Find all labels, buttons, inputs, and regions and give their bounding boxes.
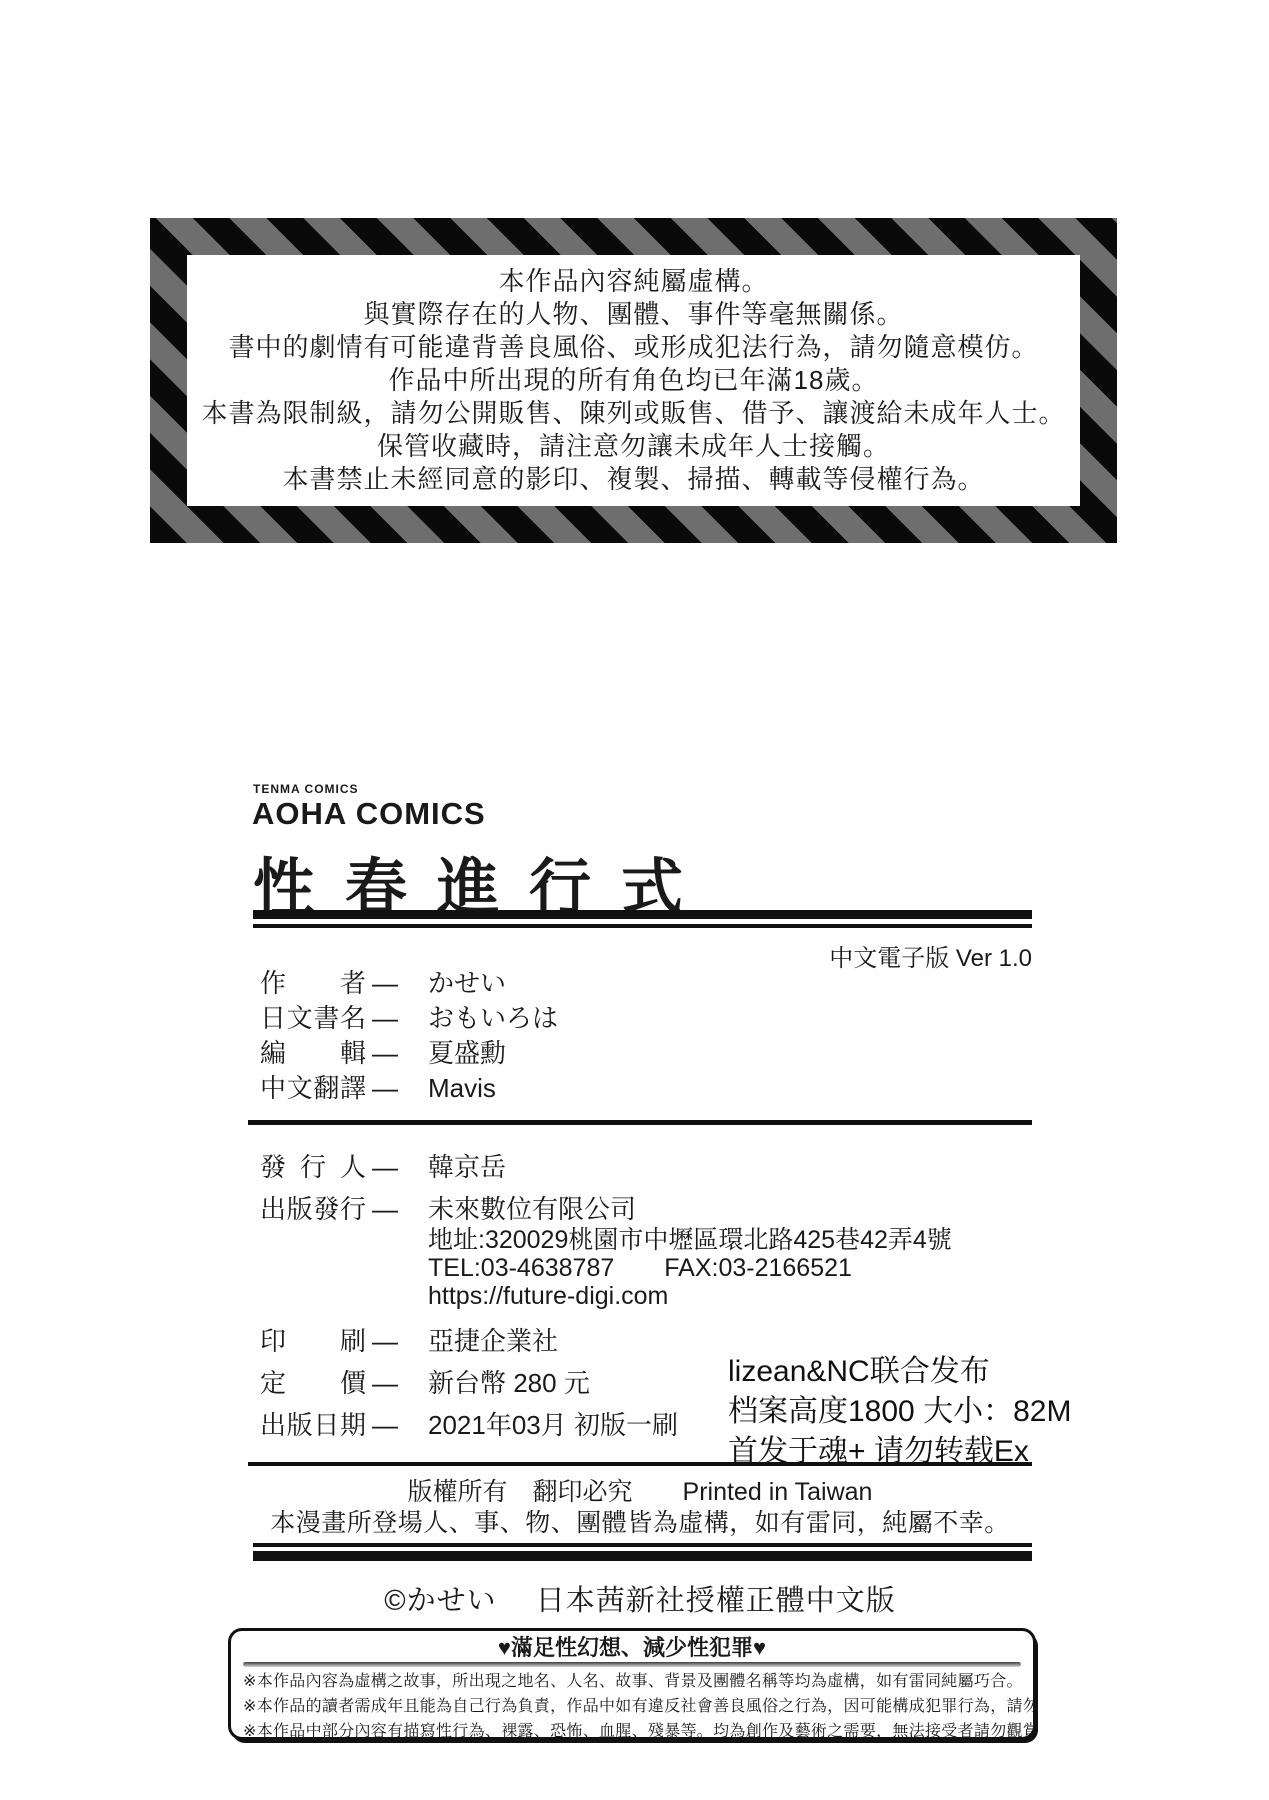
credit-dash: — bbox=[372, 1003, 398, 1033]
double-rule-thin bbox=[253, 1543, 1032, 1547]
credit-label: 中文翻譯 bbox=[260, 1071, 366, 1105]
publisher-logo-large: AOHA COMICS bbox=[252, 796, 486, 832]
colophon-page: 本作品內容純屬虛構。 與實際存在的人物、團體、事件等毫無關係。 書中的劇情有可能… bbox=[0, 0, 1269, 1800]
credit-dash: — bbox=[372, 968, 398, 998]
publisher-address: 地址:320029桃園市中壢區環北路425巷42弄4號 bbox=[428, 1226, 1040, 1254]
credits-section: 作者—かせい 日文書名—おもいろは 編輯—夏盛勳 中文翻譯—Mavis bbox=[260, 966, 1040, 1106]
warning-box-inner: 本作品內容純屬虛構。 與實際存在的人物、團體、事件等毫無關係。 書中的劇情有可能… bbox=[187, 255, 1080, 506]
publishing-label: 發行人 bbox=[260, 1150, 366, 1184]
publishing-value: 亞捷企業社 bbox=[428, 1326, 558, 1356]
warning-line: 本書為限制級，請勿公開販售、陳列或販售、借予、讓渡給未成年人士。 bbox=[201, 397, 1065, 430]
warning-line: 與實際存在的人物、團體、事件等毫無關係。 bbox=[363, 298, 903, 331]
publishing-dash: — bbox=[372, 1368, 398, 1398]
warning-line: 本作品內容純屬虛構。 bbox=[498, 265, 768, 298]
credit-label: 作者 bbox=[260, 966, 366, 1000]
credit-label: 日文書名 bbox=[260, 1001, 366, 1035]
watermark-line: 档案高度1800 大小：82M bbox=[728, 1392, 1198, 1432]
notice-line: ※本作品的讀者需成年且能為自己行為負責，作品中如有違反社會善良風俗之行為，因可能… bbox=[243, 1694, 1021, 1719]
credit-row: 日文書名—おもいろは bbox=[260, 1001, 1040, 1035]
credit-dash: — bbox=[372, 1073, 398, 1103]
credit-value: おもいろは bbox=[428, 1003, 558, 1033]
publisher-tel-fax: TEL:03-4638787 FAX:03-2166521 bbox=[428, 1254, 1040, 1282]
section-divider bbox=[248, 1120, 1032, 1125]
warning-line: 作品中所出現的所有角色均已年滿18歲。 bbox=[389, 364, 879, 397]
credit-label: 編輯 bbox=[260, 1036, 366, 1070]
credit-value: 夏盛勳 bbox=[428, 1038, 506, 1068]
publishing-value: 未來數位有限公司 bbox=[428, 1194, 636, 1224]
publishing-label: 印刷 bbox=[260, 1324, 366, 1358]
publisher-details: 地址:320029桃園市中壢區環北路425巷42弄4號 TEL:03-46387… bbox=[428, 1226, 1040, 1310]
warning-line: 保管收藏時，請注意勿讓未成年人士接觸。 bbox=[377, 430, 890, 463]
publisher-logo-small: TENMA COMICS bbox=[253, 782, 359, 796]
publishing-dash: — bbox=[372, 1152, 398, 1182]
warning-box: 本作品內容純屬虛構。 與實際存在的人物、團體、事件等毫無關係。 書中的劇情有可能… bbox=[150, 218, 1117, 543]
publishing-label: 定價 bbox=[260, 1366, 366, 1400]
title-underline-thick bbox=[253, 910, 1032, 919]
notice-divider bbox=[243, 1662, 1021, 1667]
notice-box: ♥滿足性幻想、減少性犯罪♥ ※本作品內容為虛構之故事，所出現之地名、人名、故事、… bbox=[228, 1628, 1036, 1740]
warning-line: 本書禁止未經同意的影印、複製、掃描、轉載等侵權行為。 bbox=[282, 463, 984, 496]
warning-line: 書中的劇情有可能違背善良風俗、或形成犯法行為，請勿隨意模仿。 bbox=[228, 331, 1038, 364]
publishing-dash: — bbox=[372, 1410, 398, 1440]
publisher-url: https://future-digi.com bbox=[428, 1282, 1040, 1310]
publishing-label: 出版發行 bbox=[260, 1192, 366, 1226]
credit-row: 編輯—夏盛勳 bbox=[260, 1036, 1040, 1070]
watermark-overlay: lizean&NC联合发布 档案高度1800 大小：82M 首发于魂+ 请勿转载… bbox=[728, 1352, 1198, 1472]
publishing-value: 韓京岳 bbox=[428, 1152, 506, 1182]
copyright-rule bbox=[248, 1462, 1032, 1466]
publishing-value: 2021年03月 初版一刷 bbox=[428, 1410, 678, 1440]
disclaimer-line: 本漫畫所登場人、事、物、團體皆為虛構，如有雷同，純屬不幸。 bbox=[248, 1503, 1032, 1539]
publishing-row: 發行人—韓京岳 bbox=[260, 1150, 1040, 1184]
license-line: ©かせい 日本茜新社授權正體中文版 bbox=[248, 1578, 1032, 1619]
credit-value: かせい bbox=[428, 968, 506, 998]
credit-value: Mavis bbox=[428, 1073, 496, 1103]
title-underline-thin bbox=[253, 924, 1032, 928]
credit-row: 作者—かせい bbox=[260, 966, 1040, 1000]
publishing-dash: — bbox=[372, 1194, 398, 1224]
notice-line: ※本作品中部分內容有描寫性行為、裸露、恐怖、血腥、殘暴等。均為創作及藝術之需要，… bbox=[243, 1719, 1021, 1740]
publishing-value: 新台幣 280 元 bbox=[428, 1368, 590, 1398]
notice-heading: ♥滿足性幻想、減少性犯罪♥ bbox=[243, 1634, 1021, 1662]
publishing-label: 出版日期 bbox=[260, 1408, 366, 1442]
watermark-line: 首发于魂+ 请勿转载Ex bbox=[728, 1432, 1198, 1472]
notice-line: ※本作品內容為虛構之故事，所出現之地名、人名、故事、背景及團體名稱等均為虛構，如… bbox=[243, 1669, 1021, 1694]
publishing-dash: — bbox=[372, 1326, 398, 1356]
credit-row: 中文翻譯—Mavis bbox=[260, 1071, 1040, 1105]
double-rule-thick bbox=[253, 1551, 1032, 1561]
credit-dash: — bbox=[372, 1038, 398, 1068]
publishing-row: 出版發行—未來數位有限公司 bbox=[260, 1192, 1040, 1226]
watermark-line: lizean&NC联合发布 bbox=[728, 1352, 1198, 1392]
